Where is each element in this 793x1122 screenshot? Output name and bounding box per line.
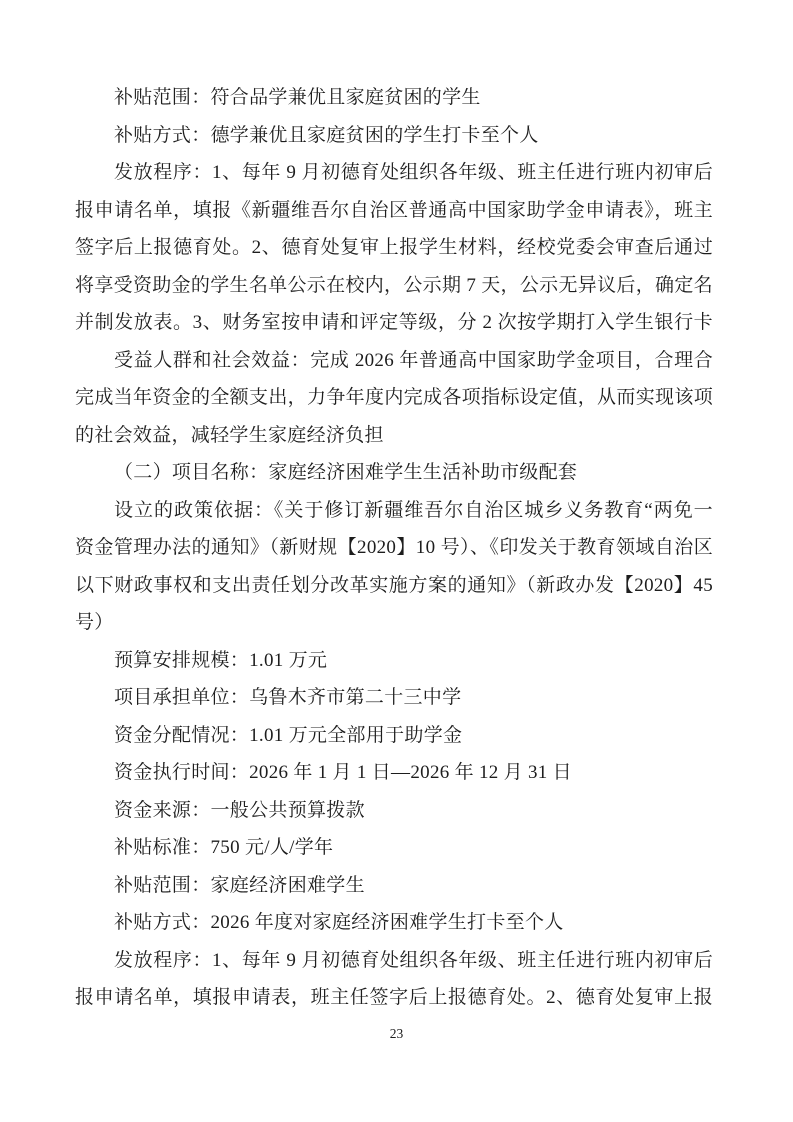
text-line: 完成当年资金的全额支出，力争年度内完成各项指标设定值，从而实现该项目 bbox=[75, 379, 713, 417]
text-line: 补贴范围：符合品学兼优且家庭贫困的学生 bbox=[75, 79, 713, 117]
text-line: 项目承担单位：乌鲁木齐市第二十三中学 bbox=[75, 679, 713, 717]
text-line: 预算安排规模：1.01 万元 bbox=[75, 642, 713, 680]
text-line: 资金执行时间：2026 年 1 月 1 日—2026 年 12 月 31 日 bbox=[75, 754, 713, 792]
text-line: 设立的政策依据：《关于修订新疆维吾尔自治区城乡义务教育“两免一补” bbox=[75, 492, 713, 530]
text-line: 资金管理办法的通知》（新财规【2020】10 号）、《印发关于教育领域自治区 bbox=[75, 529, 713, 567]
document-body: 补贴范围：符合品学兼优且家庭贫困的学生补贴方式：德学兼优且家庭贫困的学生打卡至个… bbox=[75, 79, 713, 1017]
text-line: 补贴方式：2026 年度对家庭经济困难学生打卡至个人 bbox=[75, 904, 713, 942]
text-line: 资金来源：一般公共预算拨款 bbox=[75, 792, 713, 830]
text-line: 补贴标准：750 元/人/学年 bbox=[75, 829, 713, 867]
text-line: 发放程序：1、每年 9 月初德育处组织各年级、班主任进行班内初审后上 bbox=[75, 154, 713, 192]
text-line: 资金分配情况：1.01 万元全部用于助学金 bbox=[75, 717, 713, 755]
text-line: 的社会效益，减轻学生家庭经济负担 bbox=[75, 417, 713, 455]
text-line: 发放程序：1、每年 9 月初德育处组织各年级、班主任进行班内初审后上 bbox=[75, 942, 713, 980]
text-line: 补贴范围：家庭经济困难学生 bbox=[75, 867, 713, 905]
text-line: （二）项目名称：家庭经济困难学生生活补助市级配套 bbox=[75, 454, 713, 492]
text-line: 补贴方式：德学兼优且家庭贫困的学生打卡至个人 bbox=[75, 117, 713, 155]
text-line: 报申请名单，填报《新疆维吾尔自治区普通高中国家助学金申请表》，班主任 bbox=[75, 192, 713, 230]
text-line: 并制发放表。3、财务室按申请和评定等级，分 2 次按学期打入学生银行卡内 bbox=[75, 304, 713, 342]
text-line: 以下财政事权和支出责任划分改革实施方案的通知》（新政办发【2020】45 bbox=[75, 567, 713, 605]
document-page: 补贴范围：符合品学兼优且家庭贫困的学生补贴方式：德学兼优且家庭贫困的学生打卡至个… bbox=[0, 0, 793, 1122]
text-line: 签字后上报德育处。2、德育处复审上报学生材料，经校党委会审查后通过后， bbox=[75, 229, 713, 267]
page-number: 23 bbox=[0, 1024, 793, 1044]
text-line: 将享受资助金的学生名单公示在校内，公示期 7 天，公示无异议后，确定名单 bbox=[75, 267, 713, 305]
text-line: 号） bbox=[75, 604, 713, 642]
text-line: 报申请名单，填报申请表，班主任签字后上报德育处。2、德育处复审上报学 bbox=[75, 979, 713, 1017]
text-line: 受益人群和社会效益：完成 2026 年普通高中国家助学金项目，合理合规 bbox=[75, 342, 713, 380]
